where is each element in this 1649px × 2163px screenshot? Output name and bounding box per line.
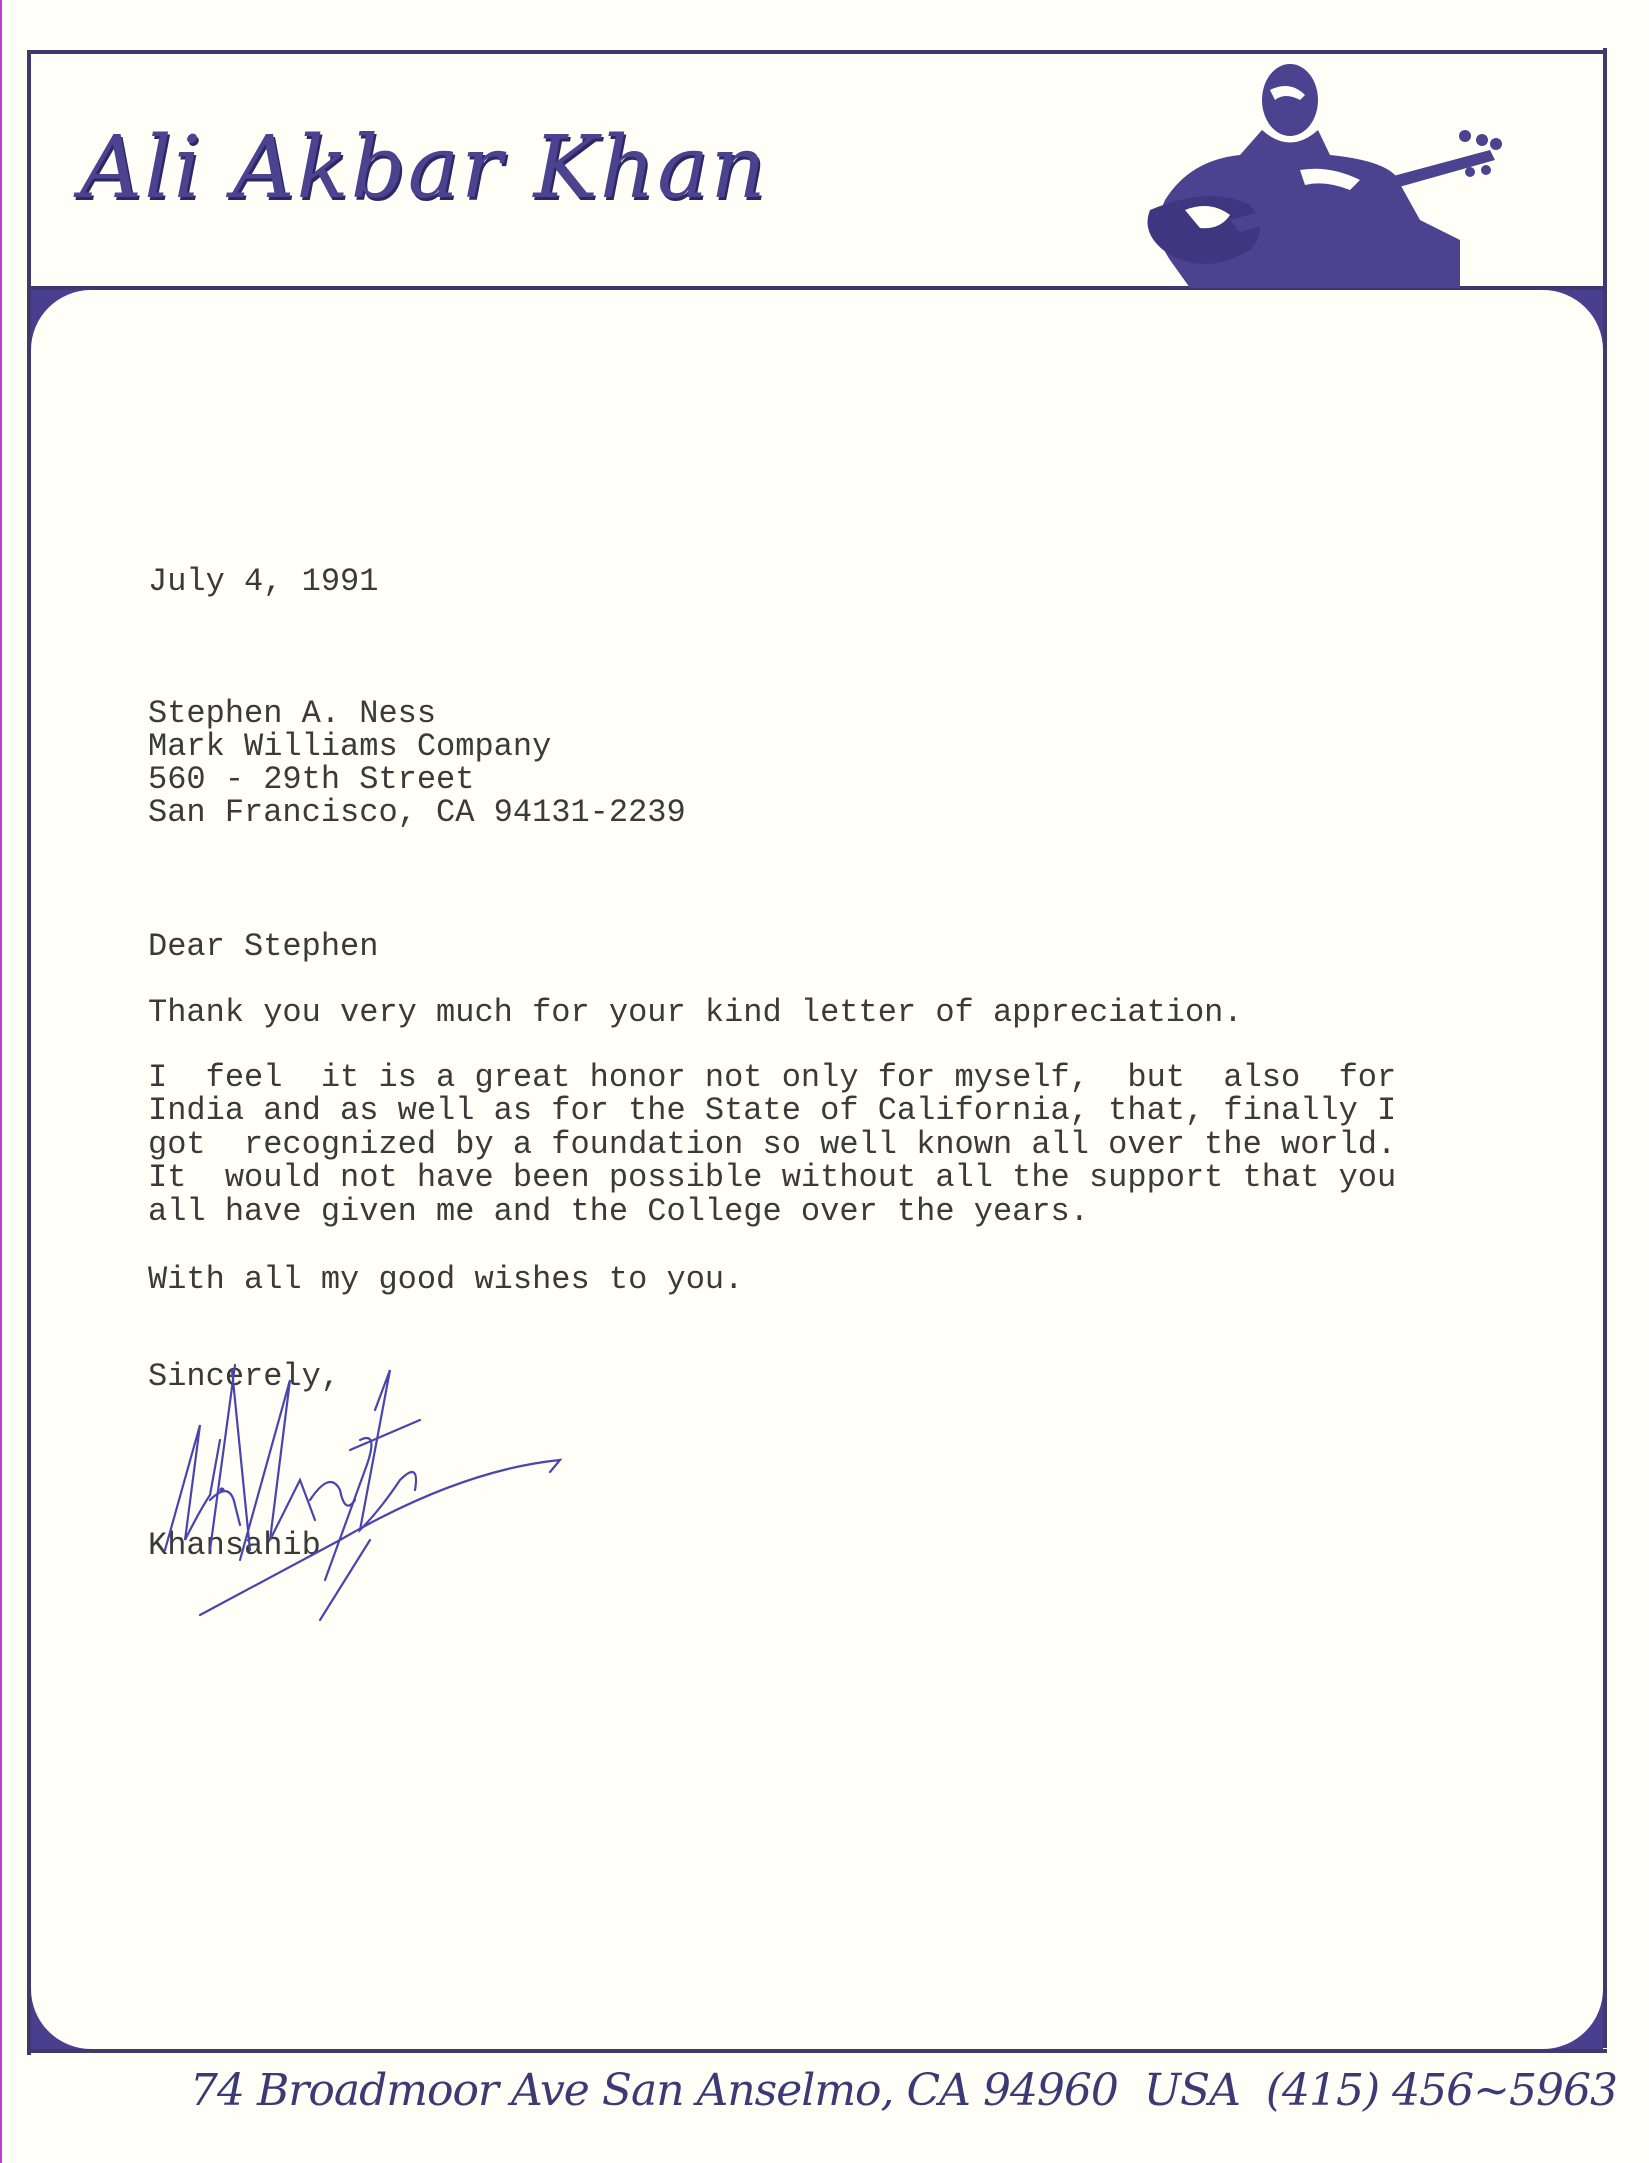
- recipient-city: San Francisco, CA 94131-2239: [148, 794, 686, 831]
- recipient-street: 560 - 29th Street: [148, 761, 474, 798]
- scan-edge: [0, 0, 2, 2163]
- letterhead-name: Ali Akbar Khan: [80, 118, 768, 218]
- corner-top-right: [1543, 290, 1603, 350]
- recipient-company: Mark Williams Company: [148, 728, 551, 765]
- letter-date: July 4, 1991: [148, 563, 378, 600]
- corner-bottom-right: [1543, 1989, 1603, 2049]
- footer-address: 74 Broadmoor Ave San Anselmo, CA 94960 U…: [190, 2065, 1617, 2116]
- paragraph-line: It would not have been possible without …: [148, 1159, 1396, 1196]
- musician-portrait-icon: [1130, 60, 1520, 288]
- paragraph-line: got recognized by a foundation so well k…: [148, 1126, 1396, 1163]
- corner-top-left: [31, 290, 91, 350]
- corner-bottom-left: [31, 1989, 91, 2049]
- salutation: Dear Stephen: [148, 928, 378, 965]
- header-top-border: [27, 50, 1607, 54]
- right-border: [1603, 48, 1607, 2048]
- paragraph-line: I feel it is a great honor not only for …: [148, 1059, 1396, 1096]
- paragraph-3: With all my good wishes to you.: [148, 1261, 743, 1298]
- paragraph-line: all have given me and the College over t…: [148, 1193, 1089, 1230]
- bottom-border: [27, 2049, 1607, 2053]
- paragraph-line: India and as well as for the State of Ca…: [148, 1092, 1396, 1129]
- recipient-name: Stephen A. Ness: [148, 695, 436, 732]
- paragraph-1: Thank you very much for your kind letter…: [148, 994, 1243, 1031]
- handwritten-signature-icon: [140, 1340, 580, 1640]
